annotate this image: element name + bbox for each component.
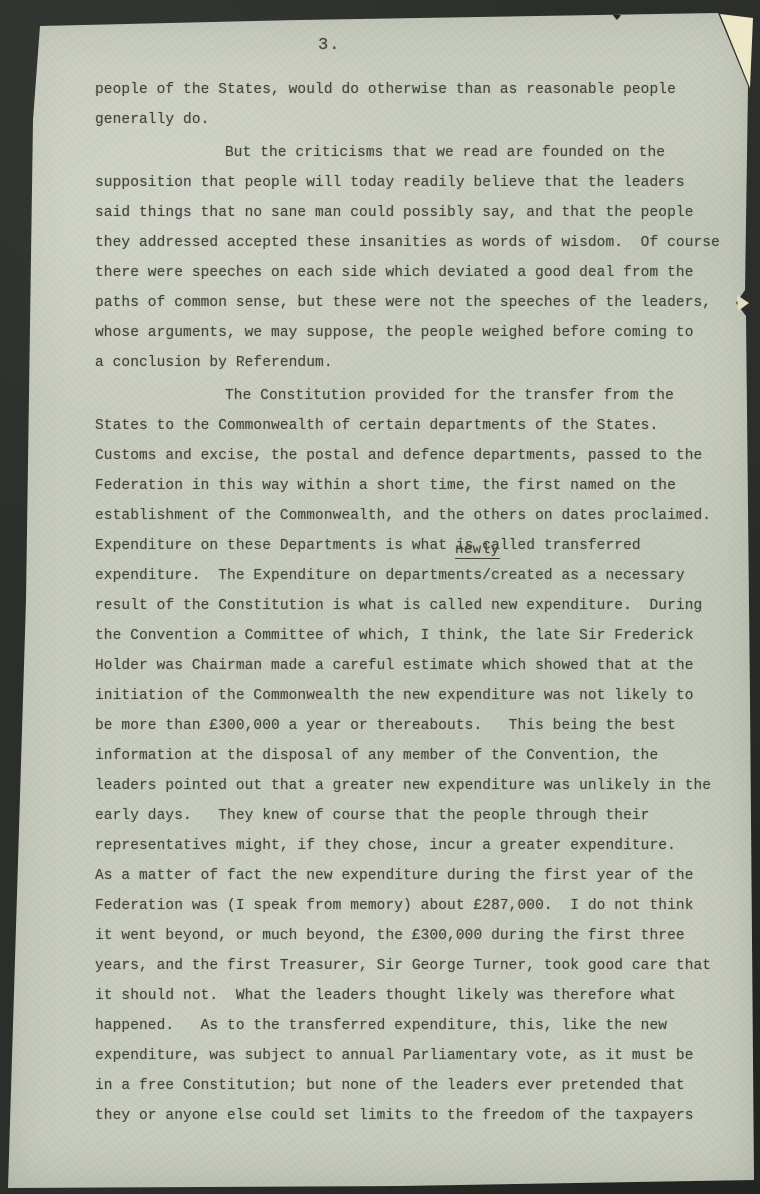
typed-line: representatives might, if they chose, in… [95, 831, 735, 861]
typed-line: be more than £300,000 a year or thereabo… [95, 711, 735, 741]
paper-tear-speck [612, 14, 621, 20]
typed-line: it should not. What the leaders thought … [95, 981, 735, 1011]
typed-line: establishment of the Commonwealth, and t… [95, 501, 735, 531]
typed-line: they or anyone else could set limits to … [95, 1101, 735, 1131]
typed-line: early days. They knew of course that the… [95, 801, 735, 831]
typed-line: paths of common sense, but these were no… [95, 288, 735, 318]
typed-line: supposition that people will today readi… [95, 168, 735, 198]
paragraph: But the criticisms that we read are foun… [95, 138, 735, 378]
typed-insertion-above-line: newly [455, 543, 500, 559]
typed-line: As a matter of fact the new expenditure … [95, 861, 735, 891]
typed-line: expenditure, was subject to annual Parli… [95, 1041, 735, 1071]
typed-line: a conclusion by Referendum. [95, 348, 735, 378]
typed-line: people of the States, would do otherwise… [95, 75, 735, 105]
typed-line: result of the Constitution is what is ca… [95, 591, 735, 621]
typed-line: Federation was (I speak from memory) abo… [95, 891, 735, 921]
photo-background: 3. people of the States, would do otherw… [0, 0, 760, 1194]
paragraph: people of the States, would do otherwise… [95, 75, 735, 135]
typescript-sheet: 3. people of the States, would do otherw… [0, 0, 760, 1194]
document-body: people of the States, would do otherwise… [95, 75, 735, 1131]
typed-line: States to the Commonwealth of certain de… [95, 411, 735, 441]
typed-line: information at the disposal of any membe… [95, 741, 735, 771]
typed-line: Customs and excise, the postal and defen… [95, 441, 735, 471]
typed-line: they addressed accepted these insanities… [95, 228, 735, 258]
paragraph: The Constitution provided for the transf… [95, 381, 735, 1131]
typed-line: happened. As to the transferred expendit… [95, 1011, 735, 1041]
typed-line: But the criticisms that we read are foun… [95, 138, 735, 168]
typed-line: it went beyond, or much beyond, the £300… [95, 921, 735, 951]
typed-line: years, and the first Treasurer, Sir Geor… [95, 951, 735, 981]
typed-line: Expenditure on these Departments is what… [95, 531, 735, 561]
typed-line: said things that no sane man could possi… [95, 198, 735, 228]
page-number: 3. [318, 36, 340, 55]
typed-line: Holder was Chairman made a careful estim… [95, 651, 735, 681]
typed-line: Federation in this way within a short ti… [95, 471, 735, 501]
typed-line: generally do. [95, 105, 735, 135]
typed-line: The Constitution provided for the transf… [95, 381, 735, 411]
typed-line: in a free Constitution; but none of the … [95, 1071, 735, 1101]
typed-line: the Convention a Committee of which, I t… [95, 621, 735, 651]
typed-line: expenditure. The Expenditure on departme… [95, 561, 735, 591]
typed-line: leaders pointed out that a greater new e… [95, 771, 735, 801]
typed-line: whose arguments, we may suppose, the peo… [95, 318, 735, 348]
typed-line: initiation of the Commonwealth the new e… [95, 681, 735, 711]
typed-line: there were speeches on each side which d… [95, 258, 735, 288]
